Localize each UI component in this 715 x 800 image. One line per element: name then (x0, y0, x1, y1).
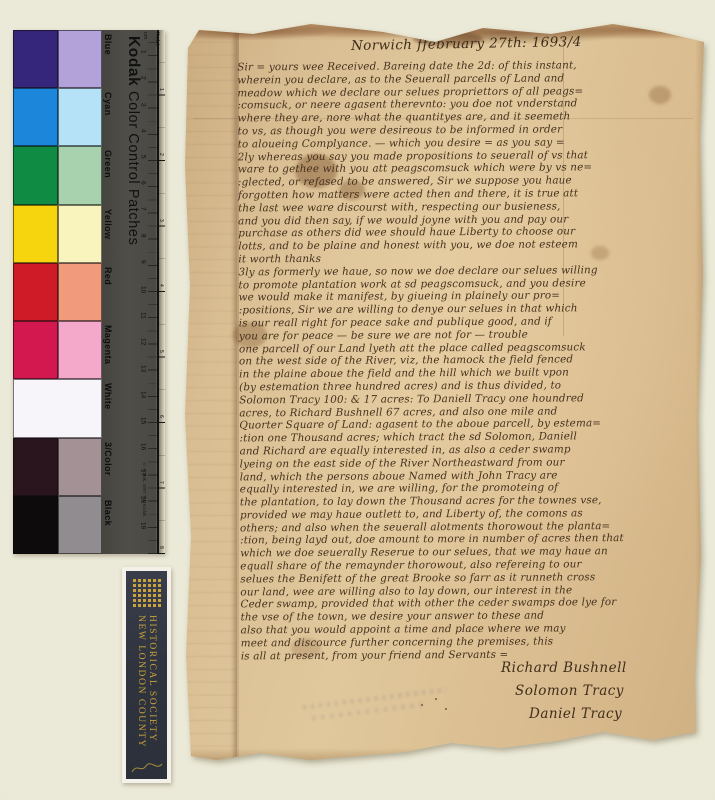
ruler-band: cm Kodak Kodak Color Control Patches © K… (102, 30, 165, 554)
cm-number: 3 (139, 103, 146, 107)
society-name-line1: NEW LONDON COUNTY (136, 615, 146, 773)
signature-1: Richard Bushnell (501, 660, 627, 683)
inch-number: 8 (158, 546, 163, 549)
cm-number: 13 (139, 365, 146, 372)
color-patch-row-blue (13, 30, 102, 88)
letter-dateline: Norwich ffebruary 27th: 1693/4 (351, 34, 582, 54)
patch-3/color-pastel (58, 438, 103, 496)
society-emblem-icon (132, 578, 162, 608)
color-patch-row-cyan (13, 88, 102, 146)
color-patch-row-white (13, 379, 102, 437)
patch-green-saturated (13, 146, 58, 204)
kodak-color-control-strip: cm Kodak Kodak Color Control Patches © K… (13, 30, 165, 554)
patch-name-label: White (103, 383, 113, 410)
inch-number: 2 (158, 153, 163, 156)
cm-number: 7 (139, 207, 146, 211)
patch-cyan-saturated (13, 88, 58, 146)
color-patch-row-3-color (13, 438, 102, 496)
letter-body-text: Sir = yours wee Received. Bareing date t… (237, 59, 703, 663)
patch-black-pastel (58, 496, 103, 554)
brand-rest: Color Control Patches (125, 86, 141, 245)
cm-number: 5 (139, 155, 146, 159)
cm-number: 6 (139, 181, 146, 185)
cm-number: 10 (139, 286, 146, 293)
patch-name-label: Black (103, 500, 113, 526)
patch-name-label: Cyan (103, 92, 113, 116)
patch-3/color-saturated (13, 438, 58, 496)
patch-name-label: Green (103, 150, 113, 178)
cm-number: 19 (139, 522, 146, 529)
signature-block: Richard BushnellSolomon TracyDaniel Trac… (501, 660, 627, 729)
inch-number: 4 (158, 284, 163, 287)
patch-name-label: Red (103, 267, 113, 285)
cm-number: 8 (139, 234, 146, 238)
label-flourish-icon (130, 761, 164, 775)
label-inner-panel: NEW LONDON COUNTY HISTORICAL SOCIETY (126, 571, 167, 779)
color-patch-rows (13, 30, 102, 554)
cm-tick-marks (148, 30, 158, 554)
patch-green-pastel (58, 146, 103, 204)
color-patch-row-black (13, 496, 102, 554)
photo-of-manuscript: { "color_strip": { "brand_bold": "Kodak"… (0, 0, 715, 800)
cm-number: 9 (139, 260, 146, 264)
patch-magenta-pastel (58, 321, 103, 379)
inch-number: 3 (158, 219, 163, 222)
cm-number: 1 (139, 50, 146, 54)
bottom-edge-shadow (183, 748, 707, 762)
inch-number: 6 (158, 415, 163, 418)
patch-white (13, 379, 102, 437)
patch-red-pastel (58, 263, 103, 321)
patch-yellow-saturated (13, 205, 58, 263)
inch-tick-marks (158, 30, 165, 554)
cm-number: 14 (139, 391, 146, 398)
cm-number: 11 (139, 312, 146, 319)
patch-name-label: Yellow (103, 209, 113, 239)
patch-name-label: Magenta (103, 325, 113, 364)
cm-number: 2 (139, 76, 146, 80)
patch-blue-pastel (58, 30, 103, 88)
signature-3: Daniel Tracy (529, 706, 627, 729)
folded-left-edge (183, 16, 237, 776)
patch-magenta-saturated (13, 321, 58, 379)
patch-yellow-pastel (58, 205, 103, 263)
manuscript-page: Norwich ffebruary 27th: 1693/4 Sir = you… (183, 16, 707, 776)
ink-bleed-through (183, 16, 237, 776)
letter-line-47: is all at present, from your friend and … (241, 647, 703, 663)
society-name: NEW LONDON COUNTY HISTORICAL SOCIETY (136, 615, 157, 773)
color-patch-row-green (13, 146, 102, 204)
signature-2: Solomon Tracy (515, 683, 627, 706)
color-patch-row-yellow (13, 205, 102, 263)
cm-number: 12 (139, 338, 146, 345)
cm-number: 16 (139, 443, 146, 450)
inch-number: 7 (158, 481, 163, 484)
society-name-line2: HISTORICAL SOCIETY (147, 615, 157, 773)
color-patch-row-red (13, 263, 102, 321)
cm-number: 4 (139, 129, 146, 133)
patch-cyan-pastel (58, 88, 103, 146)
patch-red-saturated (13, 263, 58, 321)
patch-name-label: Blue (103, 34, 113, 55)
cm-number: 17 (139, 469, 146, 476)
inch-number: 1 (158, 88, 163, 91)
cm-number: 15 (139, 417, 146, 424)
patch-black-saturated (13, 496, 58, 554)
manuscript-paper: Norwich ffebruary 27th: 1693/4 Sir = you… (183, 16, 707, 776)
historical-society-label: NEW LONDON COUNTY HISTORICAL SOCIETY (122, 567, 171, 783)
color-patch-row-magenta (13, 321, 102, 379)
cm-number: 18 (139, 496, 146, 503)
patch-name-label: 3/Color (103, 442, 113, 476)
inch-number: 5 (158, 350, 163, 353)
faint-embossed-stamp (302, 683, 450, 730)
patch-blue-saturated (13, 30, 58, 88)
